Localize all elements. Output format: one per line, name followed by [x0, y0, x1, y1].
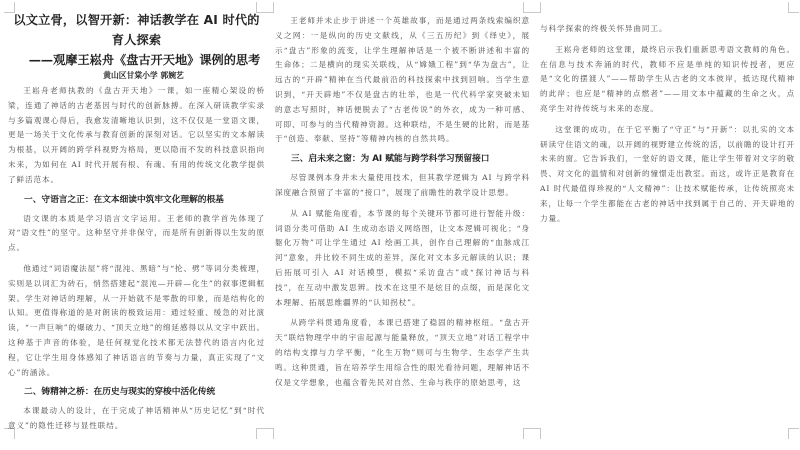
document-title: 以文立骨，以智开新：神话教学在 AI 时代的育人探索 [8, 10, 265, 50]
intro-paragraph: 王崧舟老师执教的《盘古开天地》一课，如一座精心架设的桥梁，连通了神话的古老基因与… [8, 84, 265, 188]
body-paragraph: 从跨学科贯通角度看，本课已搭建了稳固的精神枢纽。“盘古开天”联结物理学中的宇宙起… [275, 316, 530, 390]
document-subtitle: ——观摩王崧舟《盘古开天地》课例的思考 [8, 50, 265, 70]
conclusion-paragraph: 这堂课的成功，在于它平衡了“守正”与“开新”：以扎实的文本研读守住语文的魂，以开… [540, 123, 795, 227]
section-3-heading: 三、启未来之窗：为 AI 赋能与跨学科学习预留接口 [275, 151, 530, 167]
page-corner-mark [788, 2, 799, 13]
page-corner-mark [530, 428, 541, 439]
author-line: 黄山区甘棠小学 郭婉艺 [8, 70, 265, 82]
body-paragraph: 本课最动人的设计，在于完成了神话精神从“历史记忆”到“时代意义”的隐性迁移与显性… [8, 404, 265, 434]
section-1-heading: 一、守语言之正：在文本细读中筑牢文化理解的根基 [8, 192, 265, 208]
page-corner-mark [788, 428, 799, 439]
body-paragraph: 王崧舟老师的这堂课，最终启示我们重新思考语文教师的角色。在信息与技术奔涌的时代，… [540, 43, 795, 117]
section-2-heading: 二、铸精神之桥：在历史与现实的穿梭中活化传统 [8, 384, 265, 400]
page-3: 与科学探索的终极关怀异曲同工。 王崧舟老师的这堂课，最终启示我们重新思考语文教师… [540, 22, 795, 226]
body-paragraph: 王老师并未止步于讲述一个英雄故事，而是通过两条线索编织意义之网：一是纵向的历史文… [275, 14, 530, 147]
body-paragraph: 他通过“词语魔法屋”将“混沌、黑暗”与“抡、劈”等词分类梳理，实则是以词汇为砖石… [8, 262, 265, 380]
page-2: 王老师并未止步于讲述一个英雄故事，而是通过两条线索编织意义之网：一是纵向的历史文… [275, 14, 530, 390]
page-corner-mark [530, 2, 541, 13]
page-1: 以文立骨，以智开新：神话教学在 AI 时代的育人探索 ——观摩王崧舟《盘古开天地… [8, 10, 265, 434]
body-paragraph-continued: 与科学探索的终极关怀异曲同工。 [540, 22, 795, 37]
body-paragraph: 语文课的本质是学习语言文字运用。王老师的教学首先体现了对“语文性”的坚守。这种坚… [8, 212, 265, 256]
body-paragraph: 从 AI 赋能角度看，本节课的每个关键环节都可进行智能升级：词语分类可借助 AI… [275, 207, 530, 311]
body-paragraph: 尽管课例本身并未大量使用技术，但其教学逻辑为 AI 与跨学科深度融合预留了丰富的… [275, 171, 530, 201]
